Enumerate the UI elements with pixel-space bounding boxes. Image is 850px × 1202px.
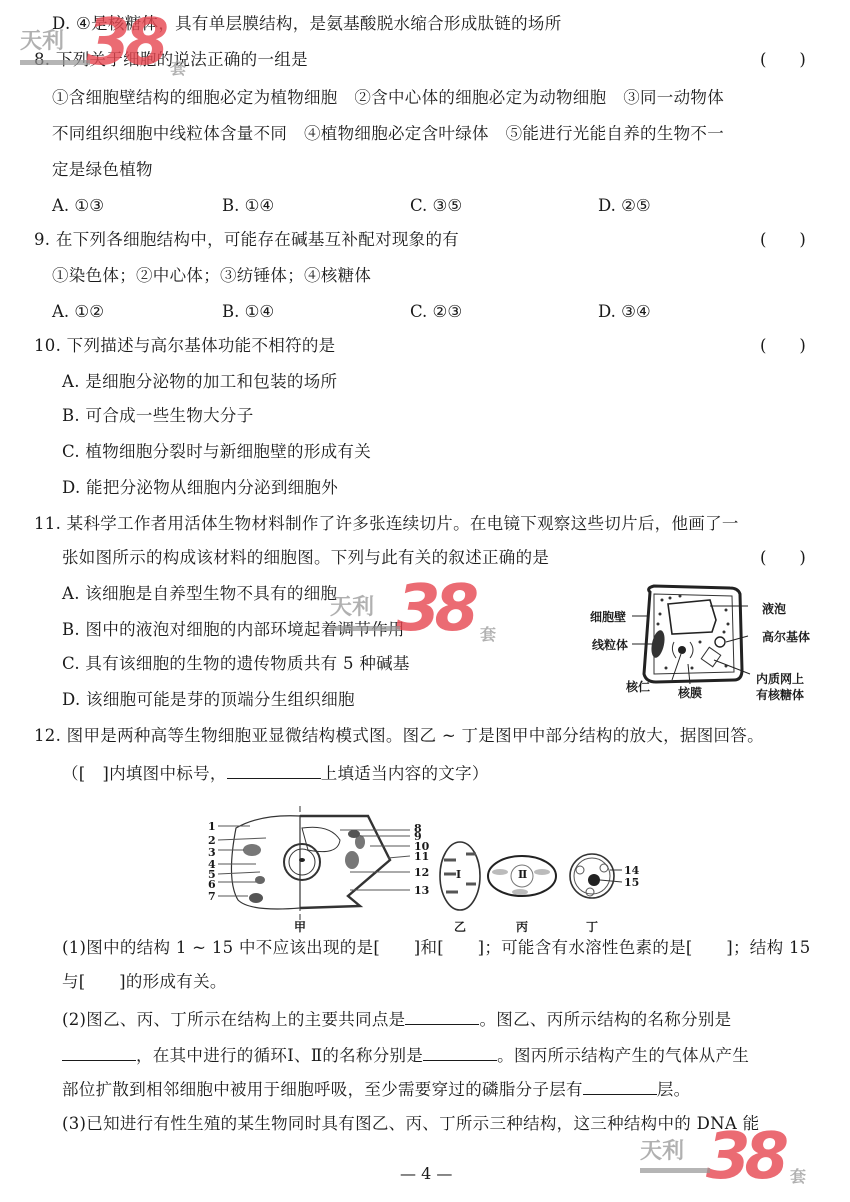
roman-1: Ⅰ [456,868,461,881]
q10-answer-paren: ( ) [760,334,806,358]
fig-num-12: 12 [414,866,429,879]
q12-sub2-line1-pre: (2)图乙、丙、丁所示在结构上的主要共同点是 [62,1010,405,1029]
watermark-middle: 天利 38 套 [330,560,530,660]
watermark-suffix: 套 [480,622,496,645]
q12-figure: 1 2 3 4 5 6 7 8 9 10 11 12 13 14 15 Ⅰ Ⅱ … [190,800,650,930]
q10-option-b: B. 可合成一些生物大分子 [62,404,254,428]
fig-num-1: 1 [208,820,216,833]
q11-answer-paren: ( ) [760,546,806,570]
q12-sub3-line1: (3)已知进行有性生殖的某生物同时具有图乙、丙、丁所示三种结构，这三种结构中的 … [62,1112,759,1136]
q8-option-b: B. ①④ [222,194,274,218]
fig-num-7: 7 [208,890,216,903]
q12-sub2-line3-post: 层。 [657,1080,691,1099]
q8-answer-paren: ( ) [760,48,806,72]
q9-option-b: B. ①④ [222,300,274,324]
caption-ding: 丁 [586,918,598,935]
q12-sub2-line1-post: 。图乙、丙所示结构的名称分别是 [479,1010,731,1029]
roman-2: Ⅱ [518,868,527,881]
q8-option-a: A. ①③ [52,194,104,218]
answer-blank-structure-names[interactable] [62,1042,136,1061]
watermark-bar [640,1168,710,1173]
answer-blank-layers[interactable] [583,1076,657,1095]
q12-sub2-line2-tail: 。图丙所示结构产生的气体从产生 [497,1046,749,1065]
q12-stem: 12. 图甲是两种高等生物细胞亚显微结构模式图。图乙 ~ 丁是图甲中部分结构的放… [34,724,764,748]
caption-yi: 乙 [454,918,466,935]
q12-sub1-line1: (1)图中的结构 1 ~ 15 中不应该出现的是[ ]和[ ]；可能含有水溶性色… [62,936,811,960]
q10-option-c: C. 植物细胞分裂时与新细胞壁的形成有关 [62,440,371,464]
q11-option-b: B. 图中的液泡对细胞的内部环境起着调节作用 [62,618,405,642]
watermark-number: 38 [396,572,473,646]
q12-instruction-pre: （[ ]内填图中标号， [62,764,227,783]
q11-cell-figure: 细胞壁 线粒体 液泡 高尔基体 核仁 核膜 内质网上 有核糖体 [580,580,850,710]
q9-statement: ①染色体；②中心体；③纺锤体；④核糖体 [52,264,371,288]
caption-bing: 丙 [516,918,528,935]
q11-option-c: C. 具有该细胞的生物的遗传物质共有 5 种碱基 [62,652,410,676]
organelle-diagram-icon [190,800,650,930]
q10-stem: 10. 下列描述与高尔基体功能不相符的是 [34,334,336,358]
q12-sub2-line3: 部位扩散到相邻细胞中被用于细胞呼吸，至少需要穿过的磷脂分子层有层。 [62,1076,690,1102]
q8-statement-line1: ①含细胞壁结构的细胞必定为植物细胞 ②含中心体的细胞必定为动物细胞 ③同一动物体 [52,86,724,110]
label-vacuole: 液泡 [762,600,786,617]
q9-stem: 9. 在下列各细胞结构中，可能存在碱基互补配对现象的有 [34,228,459,252]
label-er-line1: 内质网上 [756,670,804,687]
q12-sub2-line2-post: ，在其中进行的循环Ⅰ、Ⅱ的名称分别是 [136,1046,423,1065]
label-er-line2: 有核糖体 [756,686,804,703]
q7-option-d: D. ④是核糖体，具有单层膜结构，是氨基酸脱水缩合形成肽链的场所 [52,12,562,36]
q11-option-d: D. 该细胞可能是芽的顶端分生组织细胞 [62,688,355,712]
q11-stem-line1: 11. 某科学工作者用活体生物材料制作了许多张连续切片。在电镜下观察这些切片后，… [34,512,739,536]
q12-instruction-blank [227,760,321,779]
fig-num-15: 15 [624,876,639,889]
watermark-suffix: 套 [790,1164,806,1187]
q12-sub2-line1: (2)图乙、丙、丁所示在结构上的主要共同点是。图乙、丙所示结构的名称分别是 [62,1006,731,1032]
label-nucleolus: 核仁 [626,678,650,695]
page-number: — 4 — [400,1164,452,1183]
q12-sub2-line2: ，在其中进行的循环Ⅰ、Ⅱ的名称分别是。图丙所示结构产生的气体从产生 [62,1042,749,1068]
q8-stem: 8. 下列关于细胞的说法正确的一组是 [34,48,308,72]
watermark-brand: 天利 [640,1134,684,1165]
caption-jia: 甲 [294,918,306,935]
label-nuclear-membrane: 核膜 [678,684,702,701]
q12-instruction: （[ ]内填图中标号，上填适当内容的文字） [62,760,489,786]
fig-num-13: 13 [414,884,429,897]
label-mitochondria: 线粒体 [592,636,628,653]
answer-blank-common-feature[interactable] [405,1006,479,1025]
q9-answer-paren: ( ) [760,228,806,252]
answer-blank-cycle-names[interactable] [423,1042,497,1061]
q10-option-d: D. 能把分泌物从细胞内分泌到细胞外 [62,476,338,500]
label-golgi: 高尔基体 [762,628,810,645]
q8-option-d: D. ②⑤ [598,194,651,218]
q12-sub2-line3-pre: 部位扩散到相邻细胞中被用于细胞呼吸，至少需要穿过的磷脂分子层有 [62,1080,583,1099]
q11-stem-line2: 张如图所示的构成该材料的细胞图。下列与此有关的叙述正确的是 [62,546,549,570]
label-cell-wall: 细胞壁 [590,608,626,625]
q12-sub1-line2: 与[ ]的形成有关。 [62,970,227,994]
q8-statement-line2: 不同组织细胞中线粒体含量不同 ④植物细胞必定含叶绿体 ⑤能进行光能自养的生物不一 [52,122,724,146]
q8-statement-line3: 定是绿色植物 [52,158,153,182]
q12-instruction-post: 上填适当内容的文字） [321,764,489,783]
q10-option-a: A. 是细胞分泌物的加工和包装的场所 [62,370,337,394]
q9-option-c: C. ②③ [410,300,462,324]
q9-option-d: D. ③④ [598,300,651,324]
q11-option-a: A. 该细胞是自养型生物不具有的细胞 [62,582,337,606]
q9-option-a: A. ①② [52,300,104,324]
q8-option-c: C. ③⑤ [410,194,462,218]
fig-num-11: 11 [414,850,429,863]
